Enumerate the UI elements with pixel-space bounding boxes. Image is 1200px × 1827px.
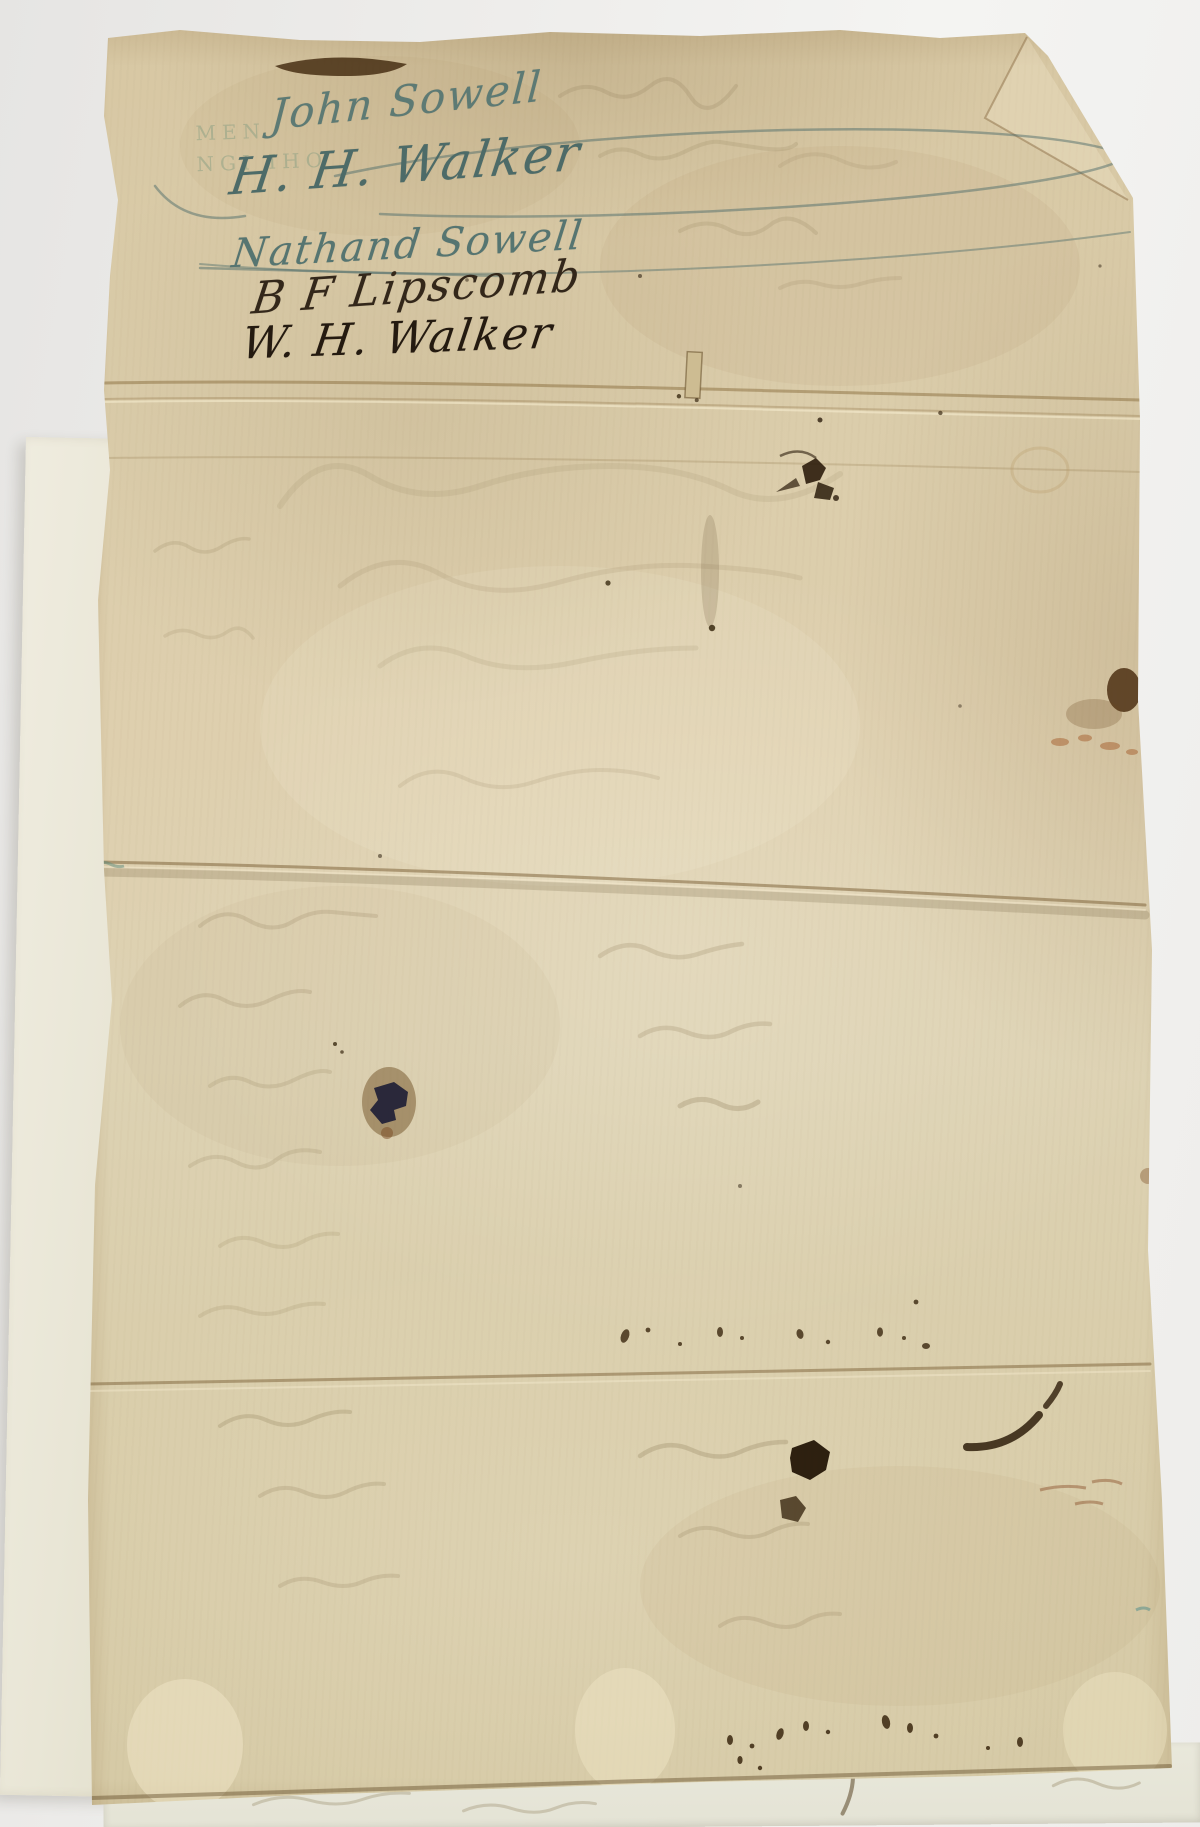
smudge-streak — [701, 515, 719, 627]
curved-ink-stroke — [967, 1384, 1060, 1447]
paper-marks-overlay — [80, 26, 1180, 1808]
ghost-stroke — [1053, 1778, 1139, 1788]
ghost-stroke — [463, 1802, 595, 1812]
corner-fold-crease — [985, 37, 1128, 200]
rust-specks — [1051, 735, 1138, 756]
document-back-page: MEN NGI IHO John Sowell H. H. Walker Nat… — [80, 26, 1180, 1808]
photo-of-document: MEN NGI IHO John Sowell H. H. Walker Nat… — [0, 0, 1200, 1827]
